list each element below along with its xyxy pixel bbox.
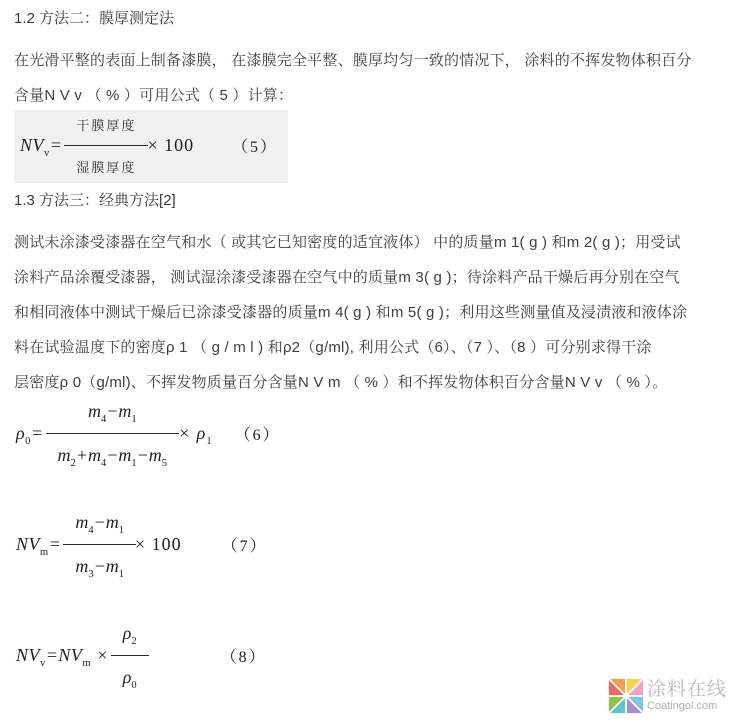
formula-6: ρ0= m4−m1 m2+m4−m1−m5 × ρ1 （6） <box>16 401 717 466</box>
formula-5-number: （5） <box>232 134 278 157</box>
formula-8-fraction: ρ2 ρ0 <box>113 623 147 688</box>
formula-7: NVm= m4−m1 m3−m1 × 100 （7） <box>16 512 717 577</box>
watermark-domain: Coatingol.com <box>647 701 727 712</box>
formula-7-numerator: m4−m1 <box>65 512 134 544</box>
formula-6-multiplier: × ρ1 <box>178 423 213 444</box>
formula-6-number: （6） <box>235 422 281 445</box>
paragraph-line: 和相同液体中测试干燥后已涂漆受漆器的质量m 4( g ) 和m 5( g )；利… <box>14 295 717 330</box>
paragraph-line: 料在试验温度下的密度ρ 1 （ g / m l ) 和ρ2（g/ml), 利用公… <box>14 330 717 365</box>
paragraph-line: 含量N V v （ % ）可用公式（ 5 ）计算： <box>14 78 717 113</box>
section-heading-1-3: 1.3 方法三：经典方法[2] <box>14 192 717 210</box>
formula-8-denominator: ρ0 <box>113 656 147 688</box>
formula-8-numerator: ρ2 <box>113 623 147 655</box>
section-heading-1-2: 1.2 方法二：膜厚测定法 <box>14 10 717 28</box>
document-page: 1.2 方法二：膜厚测定法 在光滑平整的表面上制备漆膜， 在漆膜完全平整、膜厚均… <box>0 0 731 688</box>
paragraph-method3: 测试未涂漆受漆器在空气和水（ 或其它已知密度的适宜液体） 中的质量m 1( g … <box>14 225 717 400</box>
formula-5-denominator: 湿膜厚度 <box>66 146 146 176</box>
formula-7-lhs: NVm= <box>16 534 61 555</box>
formula-6-fraction: m4−m1 m2+m4−m1−m5 <box>48 401 177 466</box>
formula-5: NVv= 干膜厚度 湿膜厚度 × 100 （5） <box>14 110 288 183</box>
formula-7-fraction: m4−m1 m3−m1 <box>65 512 134 577</box>
paragraph-line: 测试未涂漆受漆器在空气和水（ 或其它已知密度的适宜液体） 中的质量m 1( g … <box>14 225 717 260</box>
formula-6-numerator: m4−m1 <box>78 401 147 433</box>
formula-6-lhs: ρ0= <box>16 423 44 444</box>
formula-5-multiplier: × 100 <box>147 135 194 156</box>
pinwheel-flower-icon <box>607 677 645 715</box>
formula-5-fraction: 干膜厚度 湿膜厚度 <box>66 115 146 176</box>
watermark-text: 涂料在线 Coatingol.com <box>647 680 727 712</box>
paragraph-line: 涂料产品涂覆受漆器， 测试湿涂漆受漆器在空气中的质量m 3( g )；待涂料产品… <box>14 260 717 295</box>
paragraph-line: 在光滑平整的表面上制备漆膜， 在漆膜完全平整、膜厚均匀一致的情况下， 涂料的不挥… <box>14 43 717 78</box>
formula-6-denominator: m2+m4−m1−m5 <box>48 434 177 466</box>
coatingol-watermark: 涂料在线 Coatingol.com <box>607 677 727 715</box>
paragraph-method2: 在光滑平整的表面上制备漆膜， 在漆膜完全平整、膜厚均匀一致的情况下， 涂料的不挥… <box>14 43 717 113</box>
formula-7-multiplier: × 100 <box>135 534 182 555</box>
formula-5-numerator: 干膜厚度 <box>66 115 146 145</box>
formula-7-number: （7） <box>222 533 268 556</box>
formula-7-denominator: m3−m1 <box>65 545 134 577</box>
formula-8-lhs: NVv=NVm × <box>16 645 109 666</box>
paragraph-line: 层密度ρ 0（g/ml)、不挥发物质量百分含量N V m （ % ）和不挥发物体… <box>14 365 717 400</box>
formula-8-number: （8） <box>221 644 267 667</box>
formula-5-lhs: NVv= <box>20 135 62 156</box>
watermark-name-cn: 涂料在线 <box>647 680 727 699</box>
